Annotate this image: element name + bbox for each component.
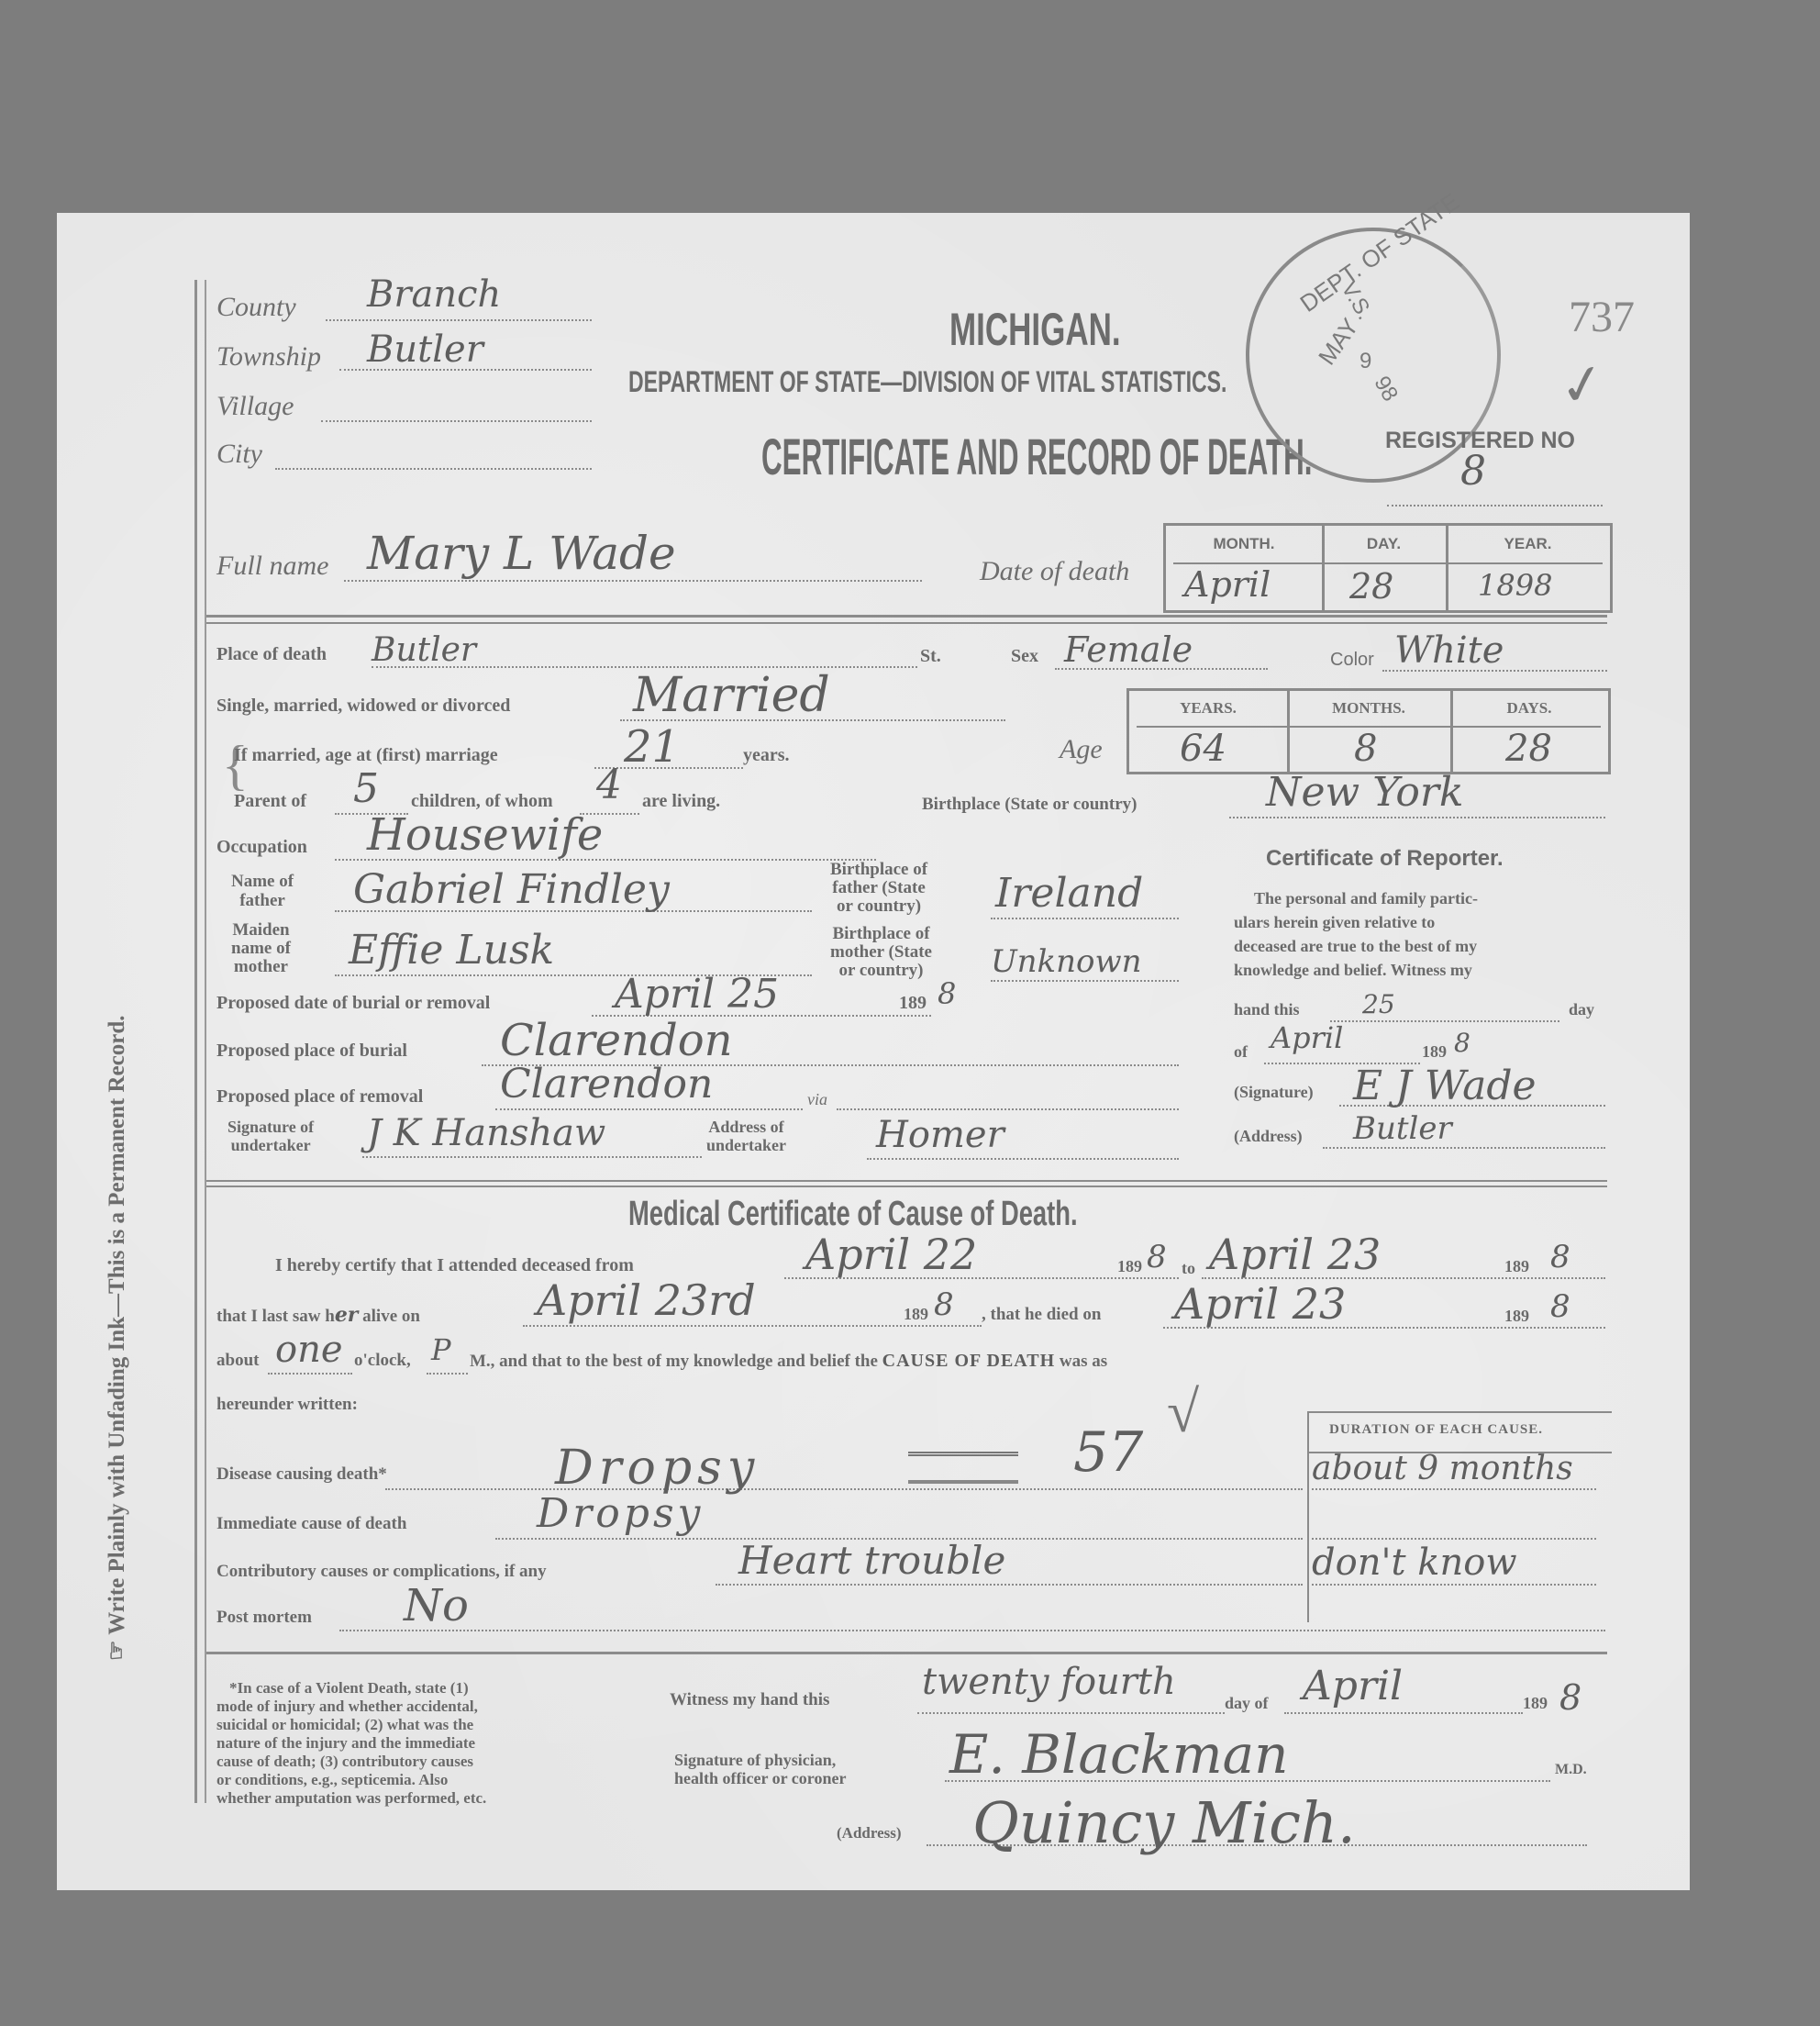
father-name-label: Name of father bbox=[231, 872, 294, 910]
reporter-address-label: (Address) bbox=[1234, 1127, 1303, 1146]
died-label: , that he died on bbox=[982, 1305, 1101, 1325]
day-of-label: day of bbox=[1225, 1694, 1269, 1713]
burial-year-prefix: 189 bbox=[899, 993, 927, 1014]
mother-name-value: Effie Lusk bbox=[349, 927, 554, 974]
undertaker-signature-label: Signature of undertaker bbox=[227, 1118, 314, 1154]
oclock-label: o'clock, bbox=[354, 1351, 411, 1371]
marriage-age-label: If married, age at (first) marriage bbox=[234, 745, 498, 766]
city-line bbox=[275, 468, 592, 470]
attended-to-value: April 23 bbox=[1209, 1230, 1381, 1279]
attended-label: I hereby certify that I attended decease… bbox=[275, 1255, 634, 1276]
pointing-hand-icon: ☞ bbox=[105, 1641, 129, 1661]
post-mortem-value: No bbox=[404, 1580, 469, 1631]
age-label: Age bbox=[1060, 734, 1103, 765]
full-name-line bbox=[344, 580, 922, 582]
burial-date-value: April 25 bbox=[615, 971, 779, 1018]
parent-of-label: Parent of bbox=[234, 791, 306, 812]
hereunder-label: hereunder written: bbox=[216, 1395, 358, 1415]
children-count: 5 bbox=[353, 765, 379, 812]
children-suffix: are living. bbox=[642, 791, 720, 812]
undertaker-signature-value: J K Hanshaw bbox=[367, 1112, 605, 1154]
day-header: DAY. bbox=[1322, 535, 1446, 553]
township-value: Butler bbox=[367, 328, 483, 371]
township-label: Township bbox=[216, 341, 321, 373]
contributory-duration: don't know bbox=[1312, 1542, 1517, 1584]
contributory-label: Contributory causes or complications, if… bbox=[216, 1562, 547, 1582]
duration-header: DURATION OF EACH CAUSE. bbox=[1329, 1422, 1543, 1438]
burial-date-label: Proposed date of burial or removal bbox=[216, 993, 490, 1014]
died-value: April 23 bbox=[1174, 1279, 1346, 1329]
last-saw-value: April 23rd bbox=[537, 1275, 756, 1325]
undertaker-address-value: Homer bbox=[876, 1114, 1004, 1156]
marital-status-value: Married bbox=[633, 668, 830, 723]
age-months: 8 bbox=[1354, 728, 1377, 770]
reporter-year-prefix: 189 bbox=[1422, 1042, 1447, 1062]
undertaker-address-label: Address of undertaker bbox=[706, 1118, 786, 1154]
birthplace-label: Birthplace (State or country) bbox=[922, 795, 1137, 815]
sex-value: Female bbox=[1064, 629, 1193, 670]
death-year: 1898 bbox=[1478, 568, 1552, 603]
color-label: Color bbox=[1330, 650, 1374, 671]
months-header: MONTHS. bbox=[1287, 699, 1450, 718]
age-days: 28 bbox=[1505, 728, 1552, 770]
reporter-year-value: 8 bbox=[1454, 1028, 1470, 1058]
attended-from-year: 8 bbox=[1147, 1239, 1167, 1275]
place-of-death-label: Place of death bbox=[216, 644, 327, 665]
days-header: DAYS. bbox=[1450, 699, 1608, 718]
marriage-age-value: 21 bbox=[624, 721, 680, 773]
reporter-month-value: April bbox=[1271, 1020, 1343, 1055]
physician-signature-value: E. Blackman bbox=[949, 1723, 1289, 1786]
father-birthplace-value: Ireland bbox=[995, 870, 1143, 917]
place-of-death-value: Butler bbox=[372, 631, 476, 669]
date-of-death-label: Date of death bbox=[980, 556, 1129, 587]
disease-value: Dropsy bbox=[555, 1441, 760, 1496]
father-birthplace-label: Birthplace of father (State or country) bbox=[830, 861, 927, 916]
years-header: YEARS. bbox=[1129, 699, 1287, 718]
state-title: MICHIGAN. bbox=[949, 303, 1121, 356]
disease-label: Disease causing death* bbox=[216, 1464, 387, 1485]
month-header: MONTH. bbox=[1166, 535, 1322, 553]
disease-code: 57 bbox=[1073, 1420, 1143, 1485]
mother-birthplace-label: Birthplace of mother (State or country) bbox=[830, 925, 932, 980]
immediate-cause-label: Immediate cause of death bbox=[216, 1514, 406, 1534]
last-saw-label: that I last saw her alive on bbox=[216, 1303, 420, 1327]
department-title: DEPARTMENT OF STATE—DIVISION OF VITAL ST… bbox=[628, 365, 1226, 399]
reporter-signature-label: (Signature) bbox=[1234, 1083, 1314, 1102]
physician-address-value: Quincy Mich. bbox=[972, 1789, 1356, 1856]
marital-status-label: Single, married, widowed or divorced bbox=[216, 696, 510, 717]
age-table: YEARS. MONTHS. DAYS. 64 8 28 bbox=[1126, 688, 1611, 774]
village-label: Village bbox=[216, 391, 294, 422]
hand-this-label: hand this bbox=[1234, 1000, 1300, 1019]
about-label: about bbox=[216, 1351, 259, 1371]
contributory-value: Heart trouble bbox=[738, 1538, 1005, 1583]
last-saw-year: 8 bbox=[934, 1286, 954, 1323]
county-line bbox=[326, 319, 592, 321]
via-label: via bbox=[807, 1090, 827, 1109]
village-line bbox=[321, 420, 592, 422]
father-name-value: Gabriel Findley bbox=[353, 866, 670, 913]
color-value: White bbox=[1394, 629, 1504, 672]
removal-place-value: Clarendon bbox=[500, 1061, 713, 1108]
witness-label: Witness my hand this bbox=[670, 1690, 829, 1710]
death-day: 28 bbox=[1349, 566, 1393, 607]
occupation-label: Occupation bbox=[216, 837, 307, 858]
certificate-title: CERTIFICATE AND RECORD OF DEATH. bbox=[761, 427, 1312, 486]
section-rule bbox=[206, 615, 1607, 618]
left-border-rule bbox=[194, 280, 206, 1803]
verify-check-icon: √ bbox=[1167, 1378, 1199, 1446]
full-name-label: Full name bbox=[216, 551, 328, 582]
attended-from-value: April 22 bbox=[805, 1230, 977, 1279]
street-suffix: St. bbox=[920, 646, 941, 667]
marriage-age-suffix: years. bbox=[743, 745, 790, 766]
reporter-address-value: Butler bbox=[1353, 1110, 1452, 1147]
date-of-death-table: MONTH. DAY. YEAR. April 28 1898 bbox=[1163, 523, 1613, 613]
reporter-day-value: 25 bbox=[1362, 989, 1395, 1019]
age-years: 64 bbox=[1180, 728, 1226, 770]
sex-label: Sex bbox=[1011, 646, 1038, 667]
registered-line bbox=[1387, 505, 1603, 506]
mother-birthplace-value: Unknown bbox=[991, 943, 1142, 980]
county-label: County bbox=[216, 292, 296, 323]
burial-place-value: Clarendon bbox=[500, 1015, 733, 1066]
cause-intro: M., and that to the best of my knowledge… bbox=[470, 1351, 1107, 1372]
physician-signature-label: Signature of physician, health officer o… bbox=[674, 1751, 846, 1787]
file-number: 737 bbox=[1569, 292, 1635, 342]
day-label: day bbox=[1569, 1000, 1594, 1019]
md-suffix: M.D. bbox=[1555, 1762, 1587, 1778]
physician-address-label: (Address) bbox=[837, 1824, 902, 1842]
witness-month-value: April bbox=[1303, 1663, 1403, 1709]
to-label: to bbox=[1182, 1259, 1195, 1278]
mother-name-label: Maiden name of mother bbox=[231, 921, 291, 976]
struck-out-entry bbox=[908, 1452, 1018, 1484]
violent-death-footnote: *In case of a Violent Death, state (1) m… bbox=[216, 1679, 486, 1808]
hour-value: one bbox=[275, 1329, 343, 1371]
year-header: YEAR. bbox=[1446, 535, 1610, 553]
died-year: 8 bbox=[1550, 1288, 1570, 1325]
witness-year-value: 8 bbox=[1559, 1677, 1581, 1718]
city-label: City bbox=[216, 439, 262, 470]
burial-year-value: 8 bbox=[938, 976, 956, 1011]
birthplace-value: New York bbox=[1266, 769, 1464, 816]
county-value: Branch bbox=[367, 273, 501, 316]
medical-title: Medical Certificate of Cause of Death. bbox=[628, 1195, 1078, 1234]
reporter-signature-value: E J Wade bbox=[1353, 1063, 1537, 1109]
burial-place-label: Proposed place of burial bbox=[216, 1041, 407, 1062]
of-label: of bbox=[1234, 1042, 1248, 1062]
registered-number: 8 bbox=[1460, 448, 1486, 495]
last-saw-pronoun: er bbox=[335, 1303, 359, 1327]
sidebar-note: ☞ Write Plainly with Unfading Ink—This i… bbox=[103, 1015, 130, 1661]
post-mortem-label: Post mortem bbox=[216, 1608, 312, 1628]
removal-place-label: Proposed place of removal bbox=[216, 1086, 423, 1108]
occupation-value: Housewife bbox=[367, 809, 603, 861]
reporter-body: The personal and family partic- ulars he… bbox=[1234, 886, 1610, 982]
reporter-title: Certificate of Reporter. bbox=[1266, 846, 1504, 872]
duration-box: DURATION OF EACH CAUSE. bbox=[1307, 1411, 1612, 1622]
ampm-value: P bbox=[431, 1332, 451, 1367]
full-name-value: Mary L Wade bbox=[367, 527, 676, 580]
attended-to-year: 8 bbox=[1550, 1239, 1570, 1275]
death-month: April bbox=[1184, 564, 1271, 605]
children-living: 4 bbox=[596, 762, 622, 808]
immediate-cause-value: Dropsy bbox=[537, 1490, 704, 1537]
disease-duration: about 9 months bbox=[1312, 1450, 1573, 1487]
witness-day-value: twenty fourth bbox=[922, 1661, 1176, 1703]
